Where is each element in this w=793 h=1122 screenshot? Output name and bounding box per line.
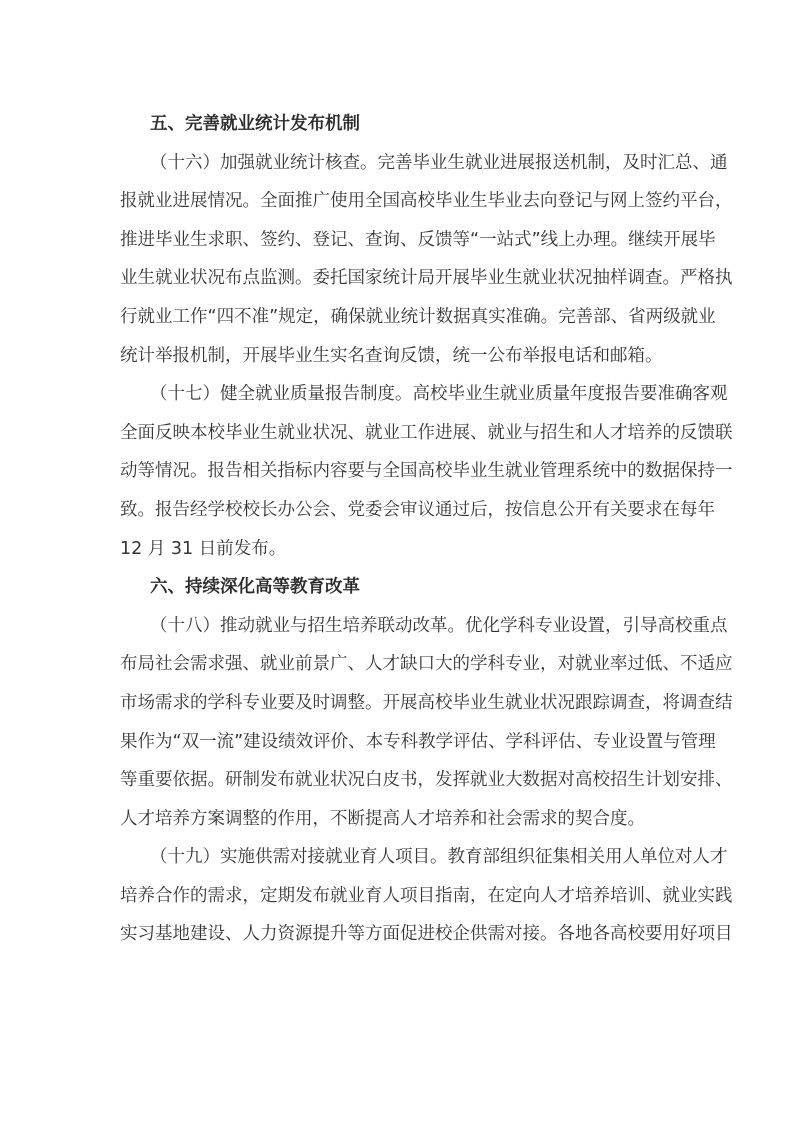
paragraph-line: 行就业工作“四不准”规定，确保就业统计数据真实准确。完善部、省两级就业 xyxy=(120,298,680,337)
document-page: 五、完善就业统计发布机制 （十六）加强就业统计核查。完善毕业生就业进展报送机制，… xyxy=(120,105,680,954)
paragraph-line: （十九）实施供需对接就业育人项目。教育部组织征集相关用人单位对人才 xyxy=(120,838,680,877)
section-heading-6: 六、持续深化高等教育改革 xyxy=(120,568,680,607)
paragraph-line: 培养合作的需求，定期发布就业育人项目指南，在定向人才培养培训、就业实践 xyxy=(120,877,680,916)
paragraph-line: 推进毕业生求职、签约、登记、查询、反馈等“一站式”线上办理。继续开展毕 xyxy=(120,221,680,260)
paragraph-line: （十六）加强就业统计核查。完善毕业生就业进展报送机制，及时汇总、通 xyxy=(120,144,680,183)
paragraph-line: 统计举报机制，开展毕业生实名查询反馈，统一公布举报电话和邮箱。 xyxy=(120,337,680,376)
paragraph-line: 报就业进展情况。全面推广使用全国高校毕业生毕业去向登记与网上签约平台， xyxy=(120,182,680,221)
paragraph-line: 果作为“双一流”建设绩效评价、本专科教学评估、学科评估、专业设置与管理 xyxy=(120,723,680,762)
paragraph-line: 全面反映本校毕业生就业状况、就业工作进展、就业与招生和人才培养的反馈联 xyxy=(120,414,680,453)
paragraph-17: （十七）健全就业质量报告制度。高校毕业生就业质量年度报告要准确客观 全面反映本校… xyxy=(120,375,680,568)
paragraph-line: 布局社会需求强、就业前景广、人才缺口大的学科专业，对就业率过低、不适应 xyxy=(120,645,680,684)
paragraph-line: 业生就业状况布点监测。委托国家统计局开展毕业生就业状况抽样调查。严格执 xyxy=(120,259,680,298)
paragraph-line: 等重要依据。研制发布就业状况白皮书，发挥就业大数据对高校招生计划安排、 xyxy=(120,761,680,800)
section-heading-5: 五、完善就业统计发布机制 xyxy=(120,105,680,144)
paragraph-line: 12 月 31 日前发布。 xyxy=(120,530,680,569)
paragraph-line: 致。报告经学校校长办公会、党委会审议通过后，按信息公开有关要求在每年 xyxy=(120,491,680,530)
paragraph-line: 实习基地建设、人力资源提升等方面促进校企供需对接。各地各高校要用好项目 xyxy=(120,915,680,954)
paragraph-line: （十七）健全就业质量报告制度。高校毕业生就业质量年度报告要准确客观 xyxy=(120,375,680,414)
paragraph-line: 动等情况。报告相关指标内容要与全国高校毕业生就业管理系统中的数据保持一 xyxy=(120,452,680,491)
paragraph-18: （十八）推动就业与招生培养联动改革。优化学科专业设置，引导高校重点 布局社会需求… xyxy=(120,607,680,839)
paragraph-line: （十八）推动就业与招生培养联动改革。优化学科专业设置，引导高校重点 xyxy=(120,607,680,646)
paragraph-16: （十六）加强就业统计核查。完善毕业生就业进展报送机制，及时汇总、通 报就业进展情… xyxy=(120,144,680,376)
paragraph-19: （十九）实施供需对接就业育人项目。教育部组织征集相关用人单位对人才 培养合作的需… xyxy=(120,838,680,954)
paragraph-line: 市场需求的学科专业要及时调整。开展高校毕业生就业状况跟踪调查，将调查结 xyxy=(120,684,680,723)
paragraph-line: 人才培养方案调整的作用，不断提高人才培养和社会需求的契合度。 xyxy=(120,800,680,839)
